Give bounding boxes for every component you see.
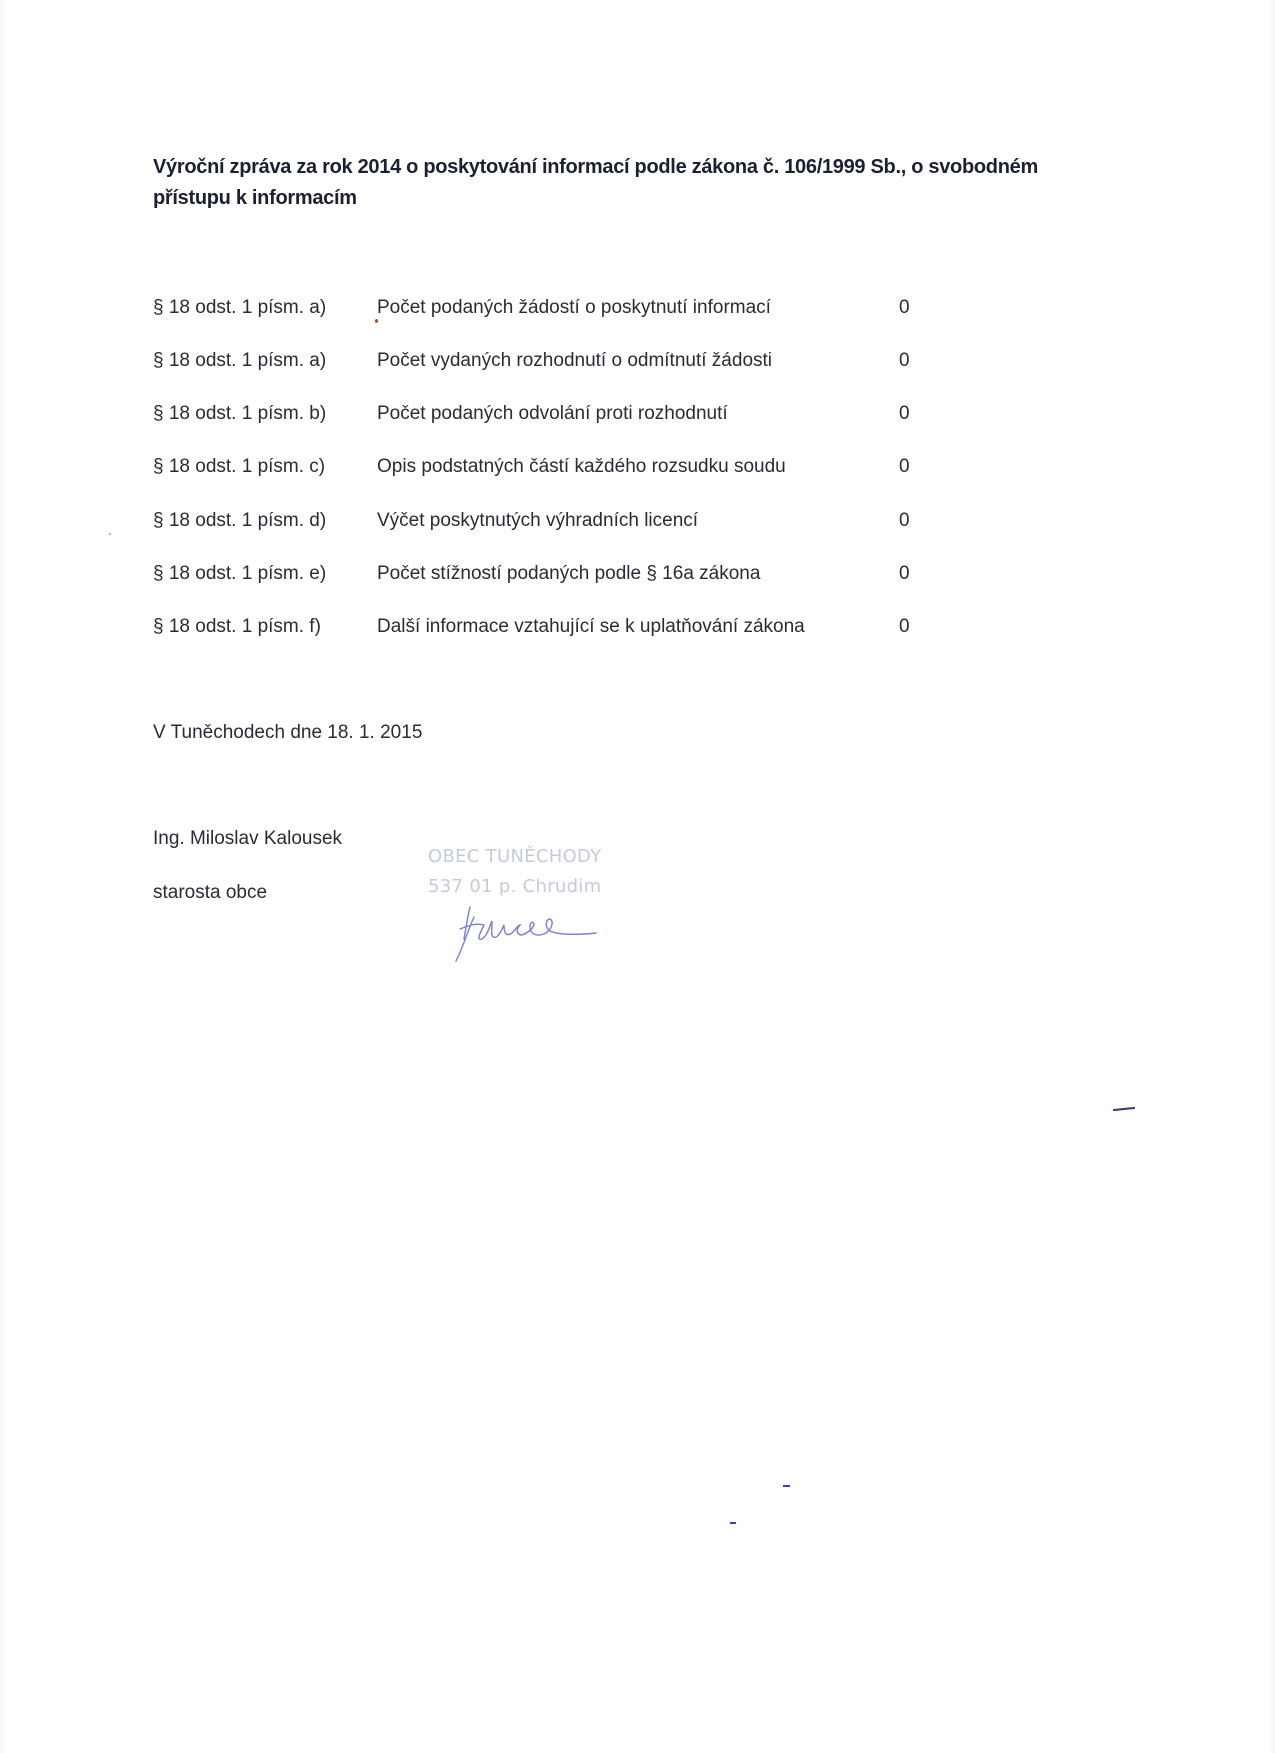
legal-reference: § 18 odst. 1 písm. c) — [153, 456, 325, 478]
signer-role: starosta obce — [153, 882, 267, 904]
row-value: 0 — [899, 563, 910, 585]
handwritten-signature-icon — [446, 895, 606, 965]
stamp-line-1: OBEC TUNĚCHODY — [428, 842, 602, 872]
scan-dot — [109, 533, 111, 535]
place-and-date: V Tuněchodech dne 18. 1. 2015 — [153, 722, 422, 744]
legal-reference: § 18 odst. 1 písm. a) — [153, 297, 326, 319]
scan-mark — [1113, 1107, 1135, 1111]
row-description: Počet stížností podaných podle § 16a zák… — [377, 563, 760, 585]
document-title: Výroční zpráva za rok 2014 o poskytování… — [153, 152, 1113, 214]
signer-name: Ing. Miloslav Kalousek — [153, 828, 342, 850]
row-description: Počet podaných odvolání proti rozhodnutí — [377, 403, 728, 425]
row-value: 0 — [899, 456, 910, 478]
row-value: 0 — [899, 297, 910, 319]
row-value: 0 — [899, 510, 910, 532]
scan-mark — [730, 1522, 736, 1524]
legal-reference: § 18 odst. 1 písm. d) — [153, 510, 326, 532]
official-stamp: OBEC TUNĚCHODY 537 01 p. Chrudim — [428, 842, 602, 902]
row-value: 0 — [899, 403, 910, 425]
legal-reference: § 18 odst. 1 písm. b) — [153, 403, 326, 425]
legal-reference: § 18 odst. 1 písm. e) — [153, 563, 326, 585]
row-description: Výčet poskytnutých výhradních licencí — [377, 510, 698, 532]
row-value: 0 — [899, 616, 910, 638]
row-description: Další informace vztahující se k uplatňov… — [377, 616, 805, 638]
row-description: Opis podstatných částí každého rozsudku … — [377, 456, 786, 478]
legal-reference: § 18 odst. 1 písm. a) — [153, 350, 326, 372]
row-value: 0 — [899, 350, 910, 372]
row-description: Počet podaných žádostí o poskytnutí info… — [377, 297, 771, 319]
scan-mark — [783, 1485, 790, 1487]
scanned-page: Výroční zpráva za rok 2014 o poskytování… — [0, 0, 1275, 1753]
scan-dot — [375, 319, 378, 323]
row-description: Počet vydaných rozhodnutí o odmítnutí žá… — [377, 350, 772, 372]
legal-reference: § 18 odst. 1 písm. f) — [153, 616, 321, 638]
